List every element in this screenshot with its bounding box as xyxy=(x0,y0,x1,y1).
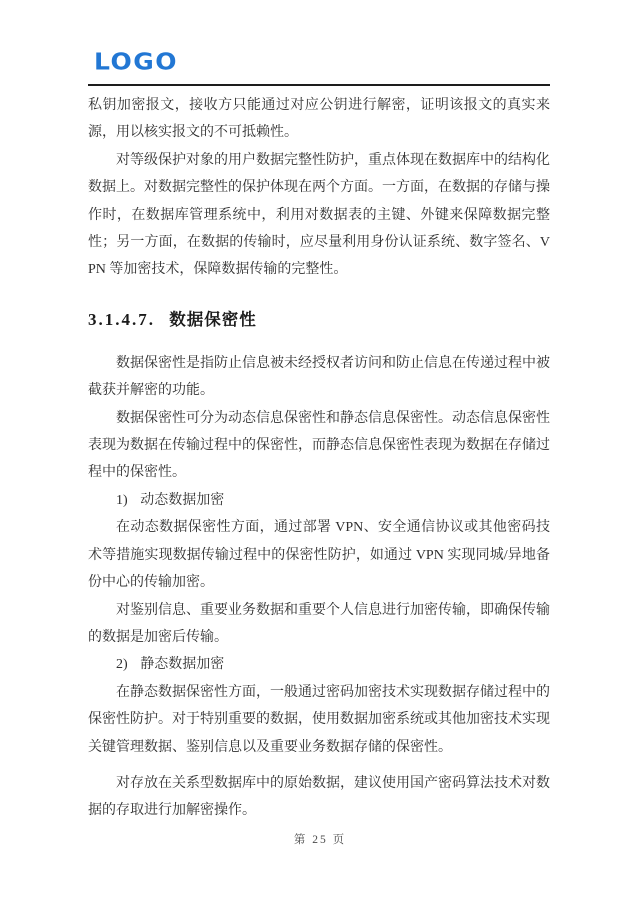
paragraph-database-sm-crypto: 对存放在关系型数据库中的原始数据，建议使用国产密码算法技术对数据的存取进行加解密… xyxy=(88,770,550,825)
paragraph-confidentiality-types: 数据保密性可分为动态信息保密性和静态信息保密性。动态信息保密性表现为数据在传输过… xyxy=(88,405,550,487)
section-heading: 3.1.4.7. 数据保密性 xyxy=(88,309,550,331)
section-heading-number: 3.1.4.7. xyxy=(88,310,155,329)
footer-page-number: 第 25 页 xyxy=(0,831,640,847)
document-body: 私钥加密报文，接收方只能通过对应公钥进行解密，证明该报文的真实来源，用以核实报文… xyxy=(88,92,550,825)
section-heading-title: 数据保密性 xyxy=(169,311,257,329)
list-item-dynamic-encryption: 1)动态数据加密 xyxy=(88,487,550,514)
list-item-number: 2) xyxy=(116,657,128,672)
paragraph-dynamic-measures: 在动态数据保密性方面，通过部署 VPN、安全通信协议或其他密码技术等措施实现数据… xyxy=(88,514,550,596)
paragraph-continuation: 私钥加密报文，接收方只能通过对应公钥进行解密，证明该报文的真实来源，用以核实报文… xyxy=(88,92,550,147)
paragraph-static-measures: 在静态数据保密性方面，一般通过密码加密技术实现数据存储过程中的保密性防护。对于特… xyxy=(88,679,550,761)
header-rule xyxy=(88,84,550,86)
list-item-number: 1) xyxy=(116,493,128,508)
company-logo: LOGO xyxy=(94,50,550,73)
paragraph-data-integrity: 对等级保护对象的用户数据完整性防护，重点体现在数据库中的结构化数据上。对数据完整… xyxy=(88,147,550,284)
paragraph-confidentiality-definition: 数据保密性是指防止信息被未经授权者访问和防止信息在传递过程中被截获并解密的功能。 xyxy=(88,350,550,405)
paragraph-dynamic-transmission: 对鉴别信息、重要业务数据和重要个人信息进行加密传输，即确保传输的数据是加密后传输… xyxy=(88,597,550,652)
list-item-label: 动态数据加密 xyxy=(140,493,224,508)
list-item-label: 静态数据加密 xyxy=(140,657,224,672)
document-page: LOGO 私钥加密报文，接收方只能通过对应公钥进行解密，证明该报文的真实来源，用… xyxy=(88,50,550,825)
list-item-static-encryption: 2)静态数据加密 xyxy=(88,651,550,678)
